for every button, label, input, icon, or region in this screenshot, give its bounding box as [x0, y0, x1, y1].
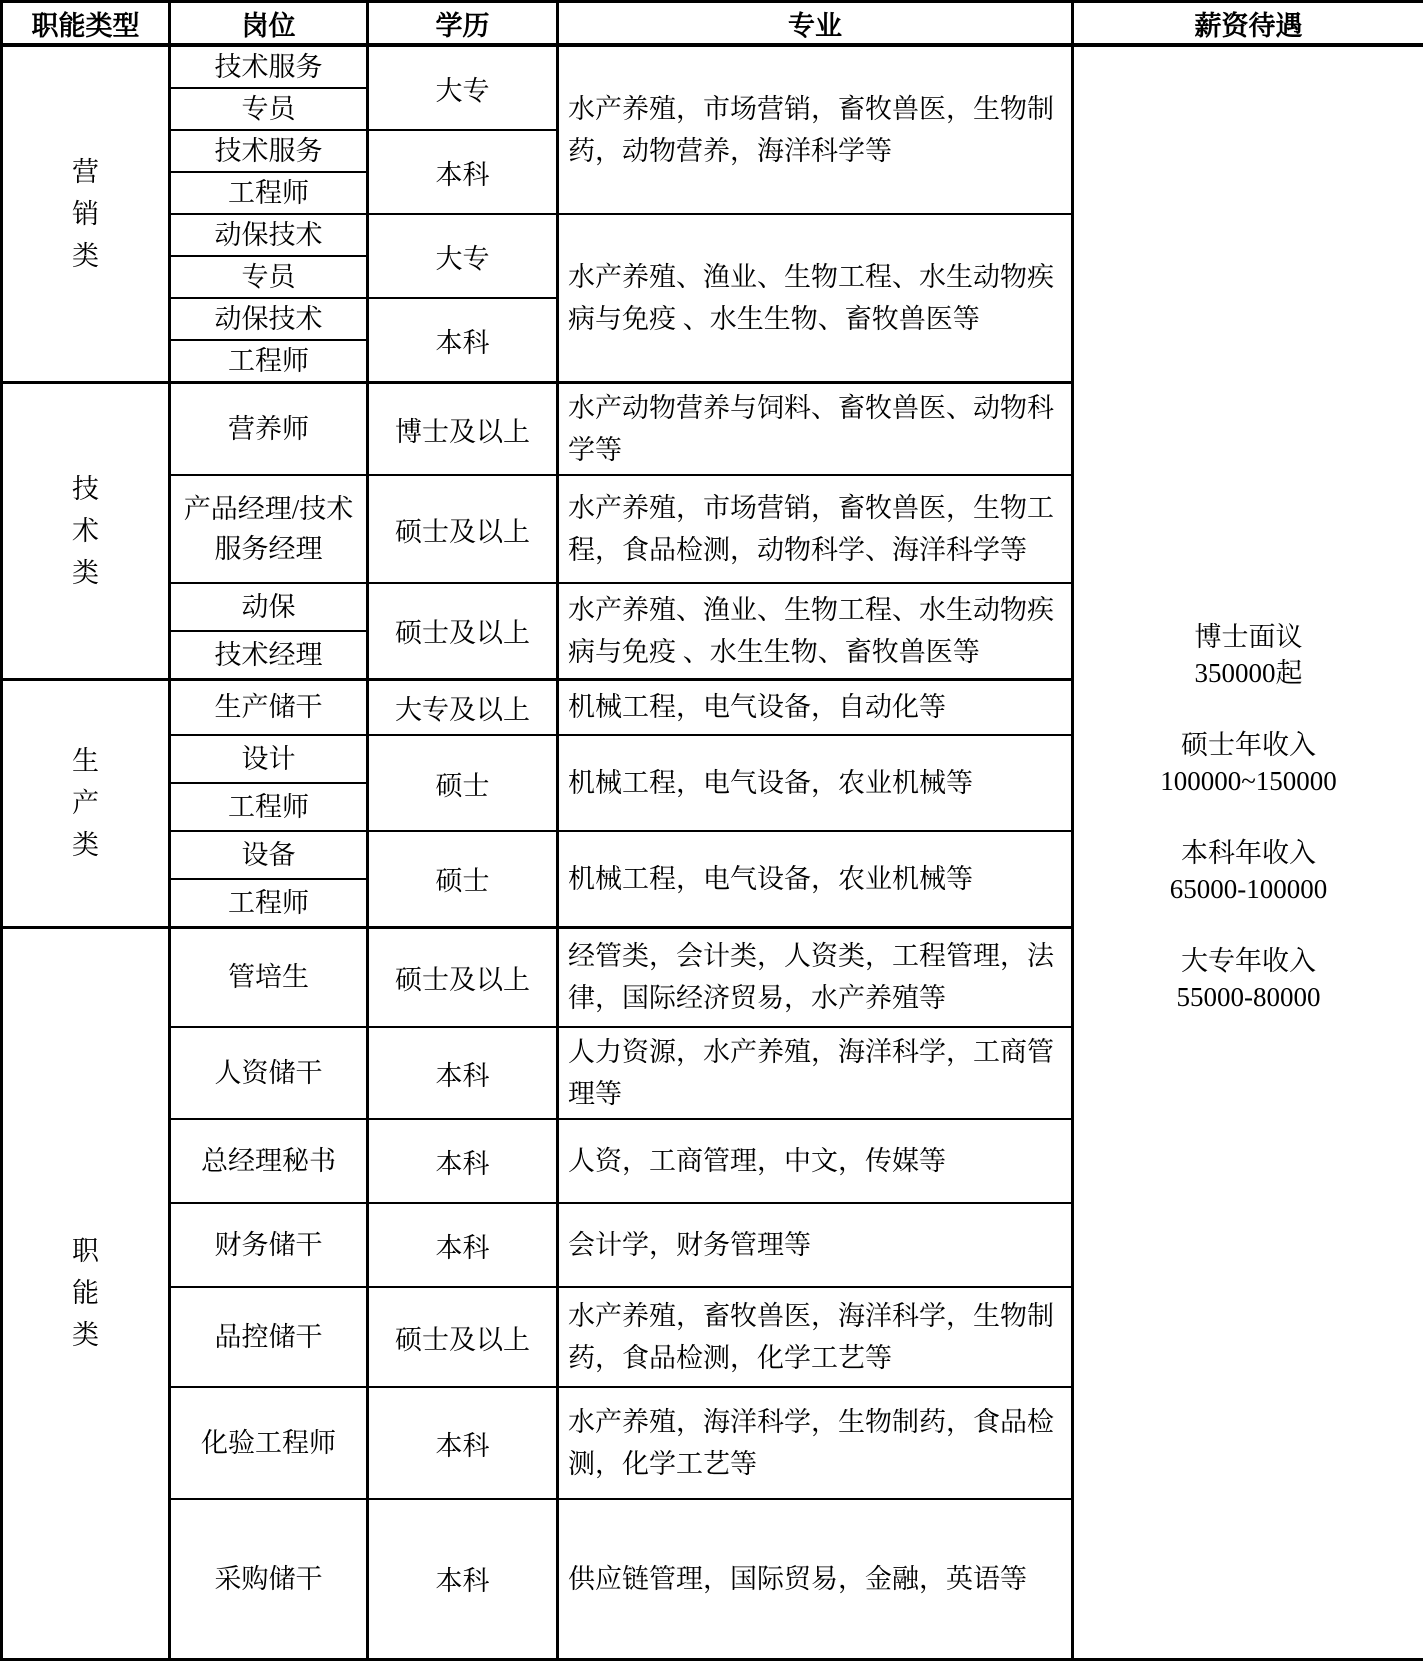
cell-position: 管培生: [170, 927, 368, 1027]
cell-position: 专员: [170, 88, 368, 130]
cell-education: 博士及以上: [368, 383, 558, 476]
cell-position: 工程师: [170, 340, 368, 383]
cell-position: 设计: [170, 735, 368, 783]
category-label: 营销类: [71, 151, 101, 277]
cell-salary: 博士面议 350000起 硕士年收入 100000~150000 本科年收入 6…: [1073, 45, 1423, 1659]
cell-position: 总经理秘书: [170, 1119, 368, 1203]
cell-major: 水产养殖、渔业、生物工程、水生动物疾病与免疫 、水生生物、畜牧兽医等: [558, 583, 1073, 679]
cell-major: 经管类，会计类，人资类，工程管理，法律，国际经济贸易，水产养殖等: [558, 927, 1073, 1027]
header-row: 职能类型 岗位 学历 专业 薪资待遇: [2, 2, 1423, 46]
cell-education: 本科: [368, 1387, 558, 1499]
cell-position: 专员: [170, 256, 368, 298]
cell-major: 水产养殖，海洋科学，生物制药，食品检测，化学工艺等: [558, 1387, 1073, 1499]
cell-major: 机械工程，电气设备，农业机械等: [558, 735, 1073, 831]
cell-major: 水产动物营养与饲料、畜牧兽医、动物科学等: [558, 383, 1073, 476]
cell-position: 财务储干: [170, 1203, 368, 1287]
header-salary: 薪资待遇: [1073, 2, 1423, 46]
cell-major: 人资，工商管理，中文，传媒等: [558, 1119, 1073, 1203]
cell-position: 工程师: [170, 172, 368, 214]
header-major: 专业: [558, 2, 1073, 46]
cell-position: 动保技术: [170, 298, 368, 340]
cell-position: 品控储干: [170, 1287, 368, 1387]
salary-text: 博士面议 350000起 硕士年收入 100000~150000 本科年收入 6…: [1074, 619, 1423, 1085]
table-row: 营销类 技术服务 大专 水产养殖，市场营销，畜牧兽医，生物制药，动物营养，海洋科…: [2, 45, 1423, 88]
category-label: 职能类: [71, 1230, 101, 1356]
cell-category-production: 生产类: [2, 679, 170, 927]
cell-education: 硕士: [368, 735, 558, 831]
cell-education: 本科: [368, 1119, 558, 1203]
cell-position: 营养师: [170, 383, 368, 476]
cell-major: 供应链管理，国际贸易，金融，英语等: [558, 1499, 1073, 1659]
cell-education: 本科: [368, 1027, 558, 1119]
cell-position: 产品经理/技术服务经理: [170, 475, 368, 583]
cell-education: 硕士及以上: [368, 583, 558, 679]
cell-position: 动保: [170, 583, 368, 631]
cell-position: 工程师: [170, 783, 368, 831]
job-positions-table: 职能类型 岗位 学历 专业 薪资待遇 营销类 技术服务 大专 水产养殖，市场营销…: [0, 0, 1423, 1661]
cell-position: 设备: [170, 831, 368, 879]
cell-education: 硕士: [368, 831, 558, 927]
cell-major: 水产养殖、渔业、生物工程、水生动物疾病与免疫 、水生生物、畜牧兽医等: [558, 214, 1073, 383]
cell-position: 动保技术: [170, 214, 368, 256]
cell-education: 本科: [368, 130, 558, 214]
cell-education: 硕士及以上: [368, 1287, 558, 1387]
cell-major: 机械工程，电气设备，自动化等: [558, 679, 1073, 735]
cell-position: 工程师: [170, 879, 368, 927]
header-education: 学历: [368, 2, 558, 46]
cell-education: 大专: [368, 45, 558, 130]
cell-position: 人资储干: [170, 1027, 368, 1119]
cell-position: 生产储干: [170, 679, 368, 735]
cell-education: 硕士及以上: [368, 475, 558, 583]
cell-major: 会计学，财务管理等: [558, 1203, 1073, 1287]
cell-education: 本科: [368, 1499, 558, 1659]
cell-education: 大专及以上: [368, 679, 558, 735]
header-function-type: 职能类型: [2, 2, 170, 46]
cell-position: 采购储干: [170, 1499, 368, 1659]
cell-education: 本科: [368, 1203, 558, 1287]
cell-major: 水产养殖，市场营销，畜牧兽医，生物制药，动物营养，海洋科学等: [558, 45, 1073, 214]
cell-major: 人力资源，水产养殖，海洋科学，工商管理等: [558, 1027, 1073, 1119]
cell-major: 水产养殖，畜牧兽医，海洋科学，生物制药，食品检测，化学工艺等: [558, 1287, 1073, 1387]
cell-major: 机械工程，电气设备，农业机械等: [558, 831, 1073, 927]
category-label: 技术类: [71, 468, 101, 594]
cell-category-technology: 技术类: [2, 383, 170, 680]
cell-position: 技术服务: [170, 45, 368, 88]
cell-position: 技术经理: [170, 631, 368, 679]
cell-education: 硕士及以上: [368, 927, 558, 1027]
header-position: 岗位: [170, 2, 368, 46]
cell-category-functional: 职能类: [2, 927, 170, 1659]
category-label: 生产类: [71, 740, 101, 866]
cell-category-marketing: 营销类: [2, 45, 170, 383]
cell-major: 水产养殖，市场营销，畜牧兽医，生物工程，食品检测，动物科学、海洋科学等: [558, 475, 1073, 583]
cell-position: 化验工程师: [170, 1387, 368, 1499]
cell-position: 技术服务: [170, 130, 368, 172]
cell-education: 大专: [368, 214, 558, 298]
cell-education: 本科: [368, 298, 558, 383]
recruitment-table-page: 职能类型 岗位 学历 专业 薪资待遇 营销类 技术服务 大专 水产养殖，市场营销…: [0, 0, 1423, 1638]
